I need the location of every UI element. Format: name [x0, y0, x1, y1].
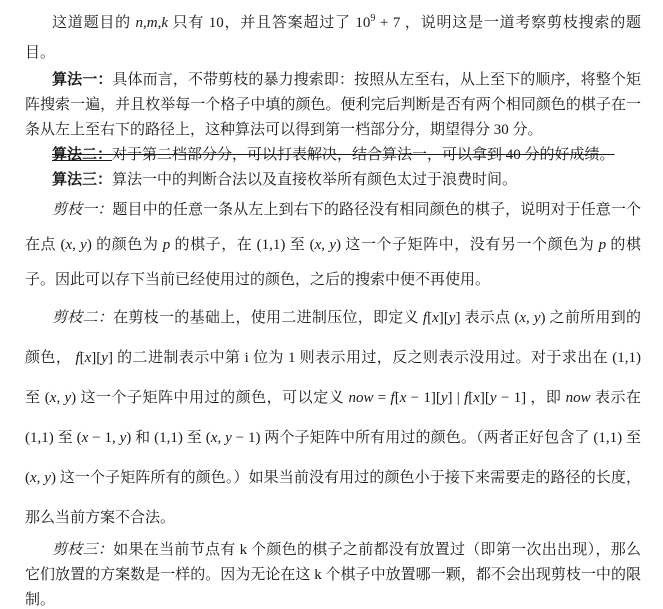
paragraph-pruning-1: 剪枝一：题目中的任意一条从左上到右下的路径没有相同颜色的棋子，说明对于任意一个在…	[25, 193, 641, 298]
text-run-r: − 1][	[406, 390, 440, 406]
text-run-r: − 1)	[232, 430, 261, 446]
text-run-v: now	[566, 390, 591, 406]
text-run-r: − 1,	[88, 430, 119, 446]
text-run-v: x	[432, 310, 439, 326]
text-run-cn: 至	[285, 237, 309, 253]
text-run-v: y	[101, 350, 108, 366]
text-run-r: k	[240, 542, 248, 558]
document-body: 这道题目的 n,m,k 只有 10，并且答案超过了 109 + 7 ，说明这是一…	[25, 8, 641, 609]
paragraph-intro: 这道题目的 n,m,k 只有 10，并且答案超过了 109 + 7 ，说明这是一…	[25, 8, 641, 68]
text-run-v: y	[441, 390, 448, 406]
text-run-cn: 至	[183, 430, 206, 446]
text-run-r: ][	[480, 390, 490, 406]
text-run-v: k	[161, 15, 168, 31]
text-run-r: ][	[91, 350, 101, 366]
text-run-r: + 7	[375, 15, 400, 31]
text-run-i: 剪枝二：	[52, 310, 113, 326]
text-run-r: (1,1)	[25, 430, 54, 446]
text-run-r: (1,1)	[257, 237, 286, 253]
paragraph-algorithm-3: 算法三：算法一中的判断合法以及直接枚举所有颜色太过于浪费时间。	[25, 168, 641, 193]
text-run-r: ,	[217, 430, 225, 446]
text-run-v: y	[80, 237, 87, 253]
text-run-r: ][	[439, 310, 449, 326]
text-run-cn: 分的好成绩。	[521, 147, 615, 163]
text-run-r: ] |	[448, 390, 465, 406]
text-run-r: (1,1)	[154, 430, 183, 446]
text-run-v: y	[534, 310, 541, 326]
document-page: 这道题目的 n,m,k 只有 10，并且答案超过了 109 + 7 ，说明这是一…	[0, 0, 663, 609]
text-run-v: p	[599, 237, 607, 253]
text-run-cn: 表示在	[591, 390, 641, 406]
text-run-cn: 的颜色为	[92, 237, 163, 253]
text-run-v: x	[473, 390, 480, 406]
text-run-cn: 这一个子矩阵中用过的颜色，可以定义	[76, 390, 348, 406]
text-run-cn: 两个子矩阵中所有用过的颜色。（两者正好包含了	[260, 430, 593, 446]
text-run-cn: 这一个子矩阵所有的颜色。）如果当前没有用过的颜色小于接下来需要走的路径的长度，那…	[25, 470, 641, 526]
text-run-r: ,	[56, 390, 64, 406]
text-run-cn: 位为	[249, 350, 288, 366]
text-run-v: y	[329, 237, 336, 253]
text-run-cn: 算法一中的判断合法以及直接枚举所有颜色太过于浪费时间。	[112, 172, 517, 188]
text-run-cn: 和	[131, 430, 154, 446]
paragraph-pruning-2: 剪枝二：在剪枝一的基础上，使用二进制压位，即定义 f[x][y] 表示点 (x,…	[25, 298, 641, 538]
text-run-r: 30	[494, 122, 509, 138]
text-run-v: m	[147, 15, 158, 31]
paragraph-algorithm-2-struck: 算法二：对于第二档部分分，可以打表解决，结合算法一，可以拿到 40 分的好成绩。	[25, 143, 641, 168]
text-run-cn: 至	[25, 390, 45, 406]
text-run-r: 10	[355, 15, 370, 31]
text-run-r: k	[314, 567, 322, 583]
text-run-v: y	[490, 390, 497, 406]
text-run-cn: 这一个子矩阵中，没有另一个颜色为	[341, 237, 599, 253]
paragraph-pruning-3: 剪枝三：如果在当前节点有 k 个颜色的棋子之前都没有放置过（即第一次出出现），那…	[25, 538, 641, 609]
text-run-cn: 则表示用过，反之则表示没用过。对于求出在	[296, 350, 613, 366]
text-run-r: 40	[506, 147, 521, 163]
text-run-cn: 至	[54, 430, 77, 446]
text-run-cn: 的棋子，在	[170, 237, 256, 253]
text-run-cn: ，即	[526, 390, 566, 406]
text-run-r: − 1]	[497, 390, 527, 406]
paragraph-algorithm-1: 算法一：具体而言，不带剪枝的暴力搜索即：按照从左至右，从上至下的顺序，将整个矩阵…	[25, 68, 641, 143]
text-run-r: =	[374, 390, 391, 406]
text-run-cn: 至	[622, 430, 641, 446]
text-run-b: 算法一：	[52, 72, 112, 88]
text-run-r: ,	[72, 237, 80, 253]
text-run-cn: 对于第二档部分分，可以打表解决，结合算法一，可以拿到	[112, 147, 506, 163]
text-run-i: 剪枝三：	[52, 542, 113, 558]
text-run-cn: 如果在当前节点有	[113, 542, 239, 558]
text-run-v: n	[136, 15, 144, 31]
text-run-r: (1,1)	[593, 430, 622, 446]
text-run-b: 算法三：	[52, 172, 112, 188]
text-run-v: x	[30, 470, 37, 486]
text-run-r: (1,1)	[612, 350, 641, 366]
text-run-v: y	[44, 470, 51, 486]
text-run-cn: 只有	[168, 15, 209, 31]
text-run-r: ,	[526, 310, 534, 326]
text-run-i: 剪枝一：	[52, 202, 112, 218]
text-run-cn: 具体而言，不带剪枝的暴力搜索即：按照从左至右，从上至下的顺序，将整个矩阵搜索一遍…	[25, 72, 641, 138]
text-run-cn: 的二进制表示中第	[113, 350, 245, 366]
text-run-r: 1	[288, 350, 296, 366]
text-run-cn: 表示点	[460, 310, 514, 326]
text-run-r: 10	[209, 15, 224, 31]
text-run-v: now	[349, 390, 374, 406]
text-run-v: y	[225, 430, 232, 446]
text-run-bu: 算法二：	[52, 147, 112, 163]
text-run-cn: 这道题目的	[52, 15, 136, 31]
text-run-cn: ，并且答案超过了	[224, 15, 356, 31]
text-run-cn: 分。	[509, 122, 543, 138]
text-run-cn: 在剪枝一的基础上，使用二进制压位，即定义	[113, 310, 423, 326]
